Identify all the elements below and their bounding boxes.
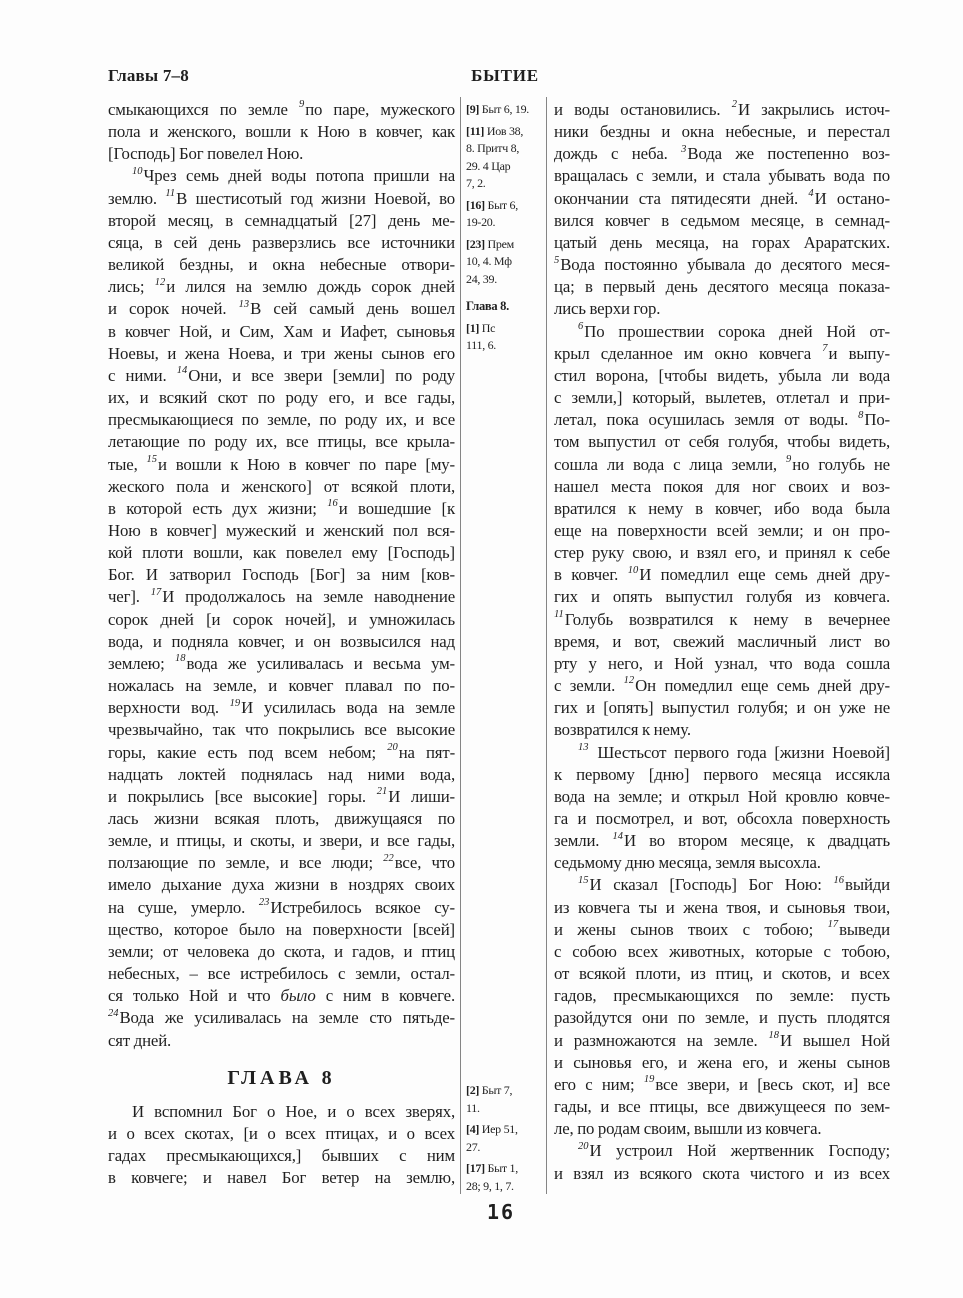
text-line: верхности вод. 19И усилилась вода на зем…	[108, 697, 455, 719]
text-line: их, и всякий скот по роду его, и все гад…	[108, 387, 455, 409]
paragraph: 10Чрез семь дней воды потопа пришли назе…	[108, 165, 455, 1051]
text-line: 24Вода же усиливалась на земле сто пятьд…	[108, 1007, 455, 1029]
reference-line: [23] Прем	[466, 236, 544, 254]
text-line: 6По прошествии сорока дней Ной от-	[554, 321, 890, 343]
text-line: 20И устроил Ной жертвенник Господу;	[554, 1140, 890, 1162]
text-line: земле, и птицы, и скоты, и звери, и все …	[108, 830, 455, 852]
verse-number: 16	[834, 875, 845, 886]
reference-line: [4] Иер 51,	[466, 1121, 544, 1139]
text-line: гадах пресмыкающихся,] бывших с ним	[108, 1145, 455, 1167]
reference-line: 24, 39.	[466, 271, 544, 289]
text-line: в ковчеге; и навел Бог ветер на землю,	[108, 1167, 455, 1189]
text-line: чрезвычайно, так что покрылись все высок…	[108, 719, 455, 741]
text-line: ле, по родам своим, вышли из ковчега.	[554, 1118, 890, 1140]
text-line: сяца, в сей день разверзлись все источни…	[108, 232, 455, 254]
italic-text: было	[281, 986, 316, 1005]
verse-number: 10	[132, 166, 143, 177]
bible-page: Главы 7–8 БЫТИЕ смыкающихся по земле 9по…	[0, 0, 963, 1298]
text-line: гады, и все птицы, все движущееся по зем…	[554, 1096, 890, 1118]
page-number: 16	[487, 1200, 515, 1224]
text-line: и жены сынов твоих с тобою; 17выведи	[554, 919, 890, 941]
text-line: великой бездны, и окна небесные отвори-	[108, 254, 455, 276]
reference-line: 19-20.	[466, 214, 544, 232]
verse-number: 4	[808, 188, 813, 199]
verse-number: 5	[554, 255, 559, 266]
text-line: стер руку свою, и взял его, и принял к с…	[554, 542, 890, 564]
reference-line: [2] Быт 7,	[466, 1082, 544, 1100]
text-line: горы, какие есть под всем небом; 20на пя…	[108, 742, 455, 764]
paragraph: 20И устроил Ной жертвенник Господу;и взя…	[554, 1140, 890, 1184]
text-line: и размножаются на земле. 18И вышел Ной	[554, 1030, 890, 1052]
text-line: гадов, пресмыкающихся по земле: пусть	[554, 985, 890, 1007]
reference-line: 7, 2.	[466, 175, 544, 193]
text-line: гих и опять выпустил голубя из ковчега.	[554, 586, 890, 608]
text-line: лись; 12и лился на землю дождь сорок дне…	[108, 276, 455, 298]
verse-number: 13	[239, 299, 250, 310]
text-line: надцать локтей поднялась над ними вода,	[108, 764, 455, 786]
text-line: время, и вот, свежий масличный лист во	[554, 631, 890, 653]
reference-entry: [17] Быт 1,28; 9, 1, 7.	[466, 1160, 544, 1195]
text-line: земли. 14И во втором месяце, к двадцать	[554, 830, 890, 852]
reference-verse-number: [1]	[466, 321, 479, 335]
text-line: [Господь] Бог повелел Ною.	[108, 143, 455, 165]
running-head-chapters: Главы 7–8	[108, 66, 189, 86]
text-line: возвратился к нему.	[554, 719, 890, 741]
text-line: и сыновья его, и жена его, и жены сынов	[554, 1052, 890, 1074]
verse-number: 14	[177, 365, 188, 376]
text-line: га и посмотрел, и вот, обсохла поверхнос…	[554, 808, 890, 830]
verse-number: 12	[624, 675, 635, 686]
text-line: тые, 15и вошли к Ною в ковчег по паре [м…	[108, 454, 455, 476]
text-line: с земли. 12Он помедлил еще семь дней дру…	[554, 675, 890, 697]
text-line: лись верхи гор.	[554, 298, 890, 320]
text-line: землю. 11В шестисотый год жизни Ноевой, …	[108, 188, 455, 210]
reference-verse-number: [11]	[466, 124, 484, 138]
verse-number: 9	[786, 454, 791, 465]
verse-number: 12	[155, 277, 166, 288]
text-line: 15И сказал [Господь] Бог Ною: 16выйди	[554, 874, 890, 896]
reference-entry: [16] Быт 6,19-20.	[466, 197, 544, 232]
text-line: вода, и подняла ковчег, и он возвысился …	[108, 631, 455, 653]
reference-entry: [11] Иов 38,8. Притч 8,29. 4 Цар7, 2.	[466, 123, 544, 193]
verse-number: 11	[554, 609, 564, 620]
text-line: гих и [опять] выпустил голубя; и он уже …	[554, 697, 890, 719]
reference-verse-number: [23]	[466, 237, 485, 251]
verse-number: 17	[828, 919, 839, 930]
cross-references-bottom-group: [2] Быт 7,11.[4] Иер 51,27.[17] Быт 1,28…	[466, 1082, 544, 1199]
reference-line: 8. Притч 8,	[466, 140, 544, 158]
verse-number: 18	[175, 653, 186, 664]
text-line: вода на земле; и открыл Ной кровлю ковче…	[554, 786, 890, 808]
text-line: вращалась с земли, и стала убывать вода …	[554, 165, 890, 187]
verse-number: 24	[108, 1008, 119, 1019]
cross-references-top-group: [9] Быт 6, 19.[11] Иов 38,8. Притч 8,29.…	[466, 101, 544, 355]
verse-number: 19	[644, 1074, 655, 1085]
reference-line: [16] Быт 6,	[466, 197, 544, 215]
verse-number: 8	[858, 410, 863, 421]
reference-line: 111, 6.	[466, 337, 544, 355]
chapter-heading: ГЛАВА 8	[108, 1067, 455, 1089]
text-line: том выпустил от себя голубя, чтобы видет…	[554, 431, 890, 453]
paragraph: И вспомнил Бог о Ное, и о всех зверях,и …	[108, 1101, 455, 1190]
text-line: лась жизни всякая плоть, движущаяся по	[108, 808, 455, 830]
reference-verse-number: [17]	[466, 1161, 485, 1175]
text-line: кой плоти вошли, как повелел ему [Господ…	[108, 542, 455, 564]
reference-entry: [2] Быт 7,11.	[466, 1082, 544, 1117]
text-line: еще на поверхности всей земли; и он про-	[554, 520, 890, 542]
text-line: и воды остановились. 2И закрылись источ-	[554, 99, 890, 121]
reference-line: [1] Пс	[466, 320, 544, 338]
text-column-left: смыкающихся по земле 9по паре, мужеского…	[108, 99, 455, 1190]
text-line: от всякой плоти, из птиц, и скотов, и вс…	[554, 963, 890, 985]
text-line: землею; 18вода же усиливалась и весьма у…	[108, 653, 455, 675]
text-line: вратился к нему в ковчег, ибо вода была	[554, 498, 890, 520]
text-line: дождь с неба. 3Вода же постепенно воз-	[554, 143, 890, 165]
text-line: ся только Ной и что было с ним в ковчеге…	[108, 985, 455, 1007]
reference-line: 11.	[466, 1100, 544, 1118]
text-line: и взял из всякого скота чистого и из все…	[554, 1163, 890, 1185]
text-line: Ною в ковчег] мужеский и женский пол вся…	[108, 520, 455, 542]
column-divider-left	[460, 97, 461, 1194]
verse-number: 3	[681, 144, 686, 155]
verse-number: 7	[822, 343, 827, 354]
reference-entry: [23] Прем10, 4. Мф24, 39.	[466, 236, 544, 289]
text-line: ца; в первый день десятого месяца показа…	[554, 276, 890, 298]
reference-line: [11] Иов 38,	[466, 123, 544, 141]
verse-number: 6	[578, 321, 583, 332]
text-line: нашел места покоя для ног своих и воз-	[554, 476, 890, 498]
verse-number: 16	[327, 498, 338, 509]
verse-number: 19	[230, 698, 241, 709]
text-line: смыкающихся по земле 9по паре, мужеского	[108, 99, 455, 121]
reference-line: Глава 8.	[466, 298, 544, 316]
paragraph: и воды остановились. 2И закрылись источ-…	[554, 99, 890, 321]
reference-line: [9] Быт 6, 19.	[466, 101, 544, 119]
verse-number: 11	[165, 188, 175, 199]
text-column-right: и воды остановились. 2И закрылись источ-…	[554, 99, 890, 1185]
text-line: 5Вода постоянно убывала до десятого меся…	[554, 254, 890, 276]
cross-references-column: [9] Быт 6, 19.[11] Иов 38,8. Притч 8,29.…	[466, 101, 544, 1221]
text-line: ползающие по земле, и все люди; 22все, ч…	[108, 852, 455, 874]
text-line: разойдутся они по земле, и пусть плодятс…	[554, 1007, 890, 1029]
text-line: ники бездны и окна небесные, и перестал	[554, 121, 890, 143]
text-line: сошла ли вода с лица земли, 9но голубь н…	[554, 454, 890, 476]
text-line: чег]. 17И продолжалось на земле наводнен…	[108, 586, 455, 608]
running-head-book-title: БЫТИЕ	[471, 66, 539, 86]
reference-line: 28; 9, 1, 7.	[466, 1178, 544, 1196]
reference-verse-number: [2]	[466, 1083, 479, 1097]
text-line: пресмыкающиеся по земле, по роду их, и в…	[108, 409, 455, 431]
reference-verse-number: [16]	[466, 198, 485, 212]
paragraph: 13 Шестьсот первого года [жизни Ноевой]к…	[554, 742, 890, 875]
text-line: второй месяц, в семнадцатый [27] день ме…	[108, 210, 455, 232]
text-line: небесных, – все истребилось с земли, ост…	[108, 963, 455, 985]
text-line: к первому [дню] первого месяца иссякла	[554, 764, 890, 786]
verse-number: 9	[299, 99, 304, 110]
text-line: окончании ста пятидесяти дней. 4И остано…	[554, 188, 890, 210]
text-line: 10Чрез семь дней воды потопа пришли на	[108, 165, 455, 187]
verse-number: 22	[383, 853, 394, 864]
text-line: и о всех скотах, [и о всех птицах, и о в…	[108, 1123, 455, 1145]
text-line: седьмому дню месяца, земля высохла.	[554, 852, 890, 874]
text-line: сят дней.	[108, 1030, 455, 1052]
reference-line: 27.	[466, 1139, 544, 1157]
text-line: сорок дней [и сорок ночей], и умножилась	[108, 609, 455, 631]
verse-number: 13	[578, 742, 589, 753]
column-divider-right	[546, 97, 547, 1194]
text-line: на суше, умерло. 23Истребилось всякое су…	[108, 897, 455, 919]
text-line: крыл сделанное им окно ковчега 7и выпу-	[554, 343, 890, 365]
reference-entry: [9] Быт 6, 19.	[466, 101, 544, 119]
verse-number: 18	[768, 1030, 779, 1041]
text-line: и покрылись [все высокие] горы. 21И лиши…	[108, 786, 455, 808]
verse-number: 20	[387, 742, 398, 753]
verse-number: 21	[377, 786, 388, 797]
text-line: с собою всех животных, которые с тобою,	[554, 941, 890, 963]
reference-entry: [4] Иер 51,27.	[466, 1121, 544, 1156]
text-line: И вспомнил Бог о Ное, и о всех зверях,	[108, 1101, 455, 1123]
text-line: его с ним; 19все звери, и [весь скот, и]…	[554, 1074, 890, 1096]
verse-number: 2	[732, 99, 737, 110]
paragraph: смыкающихся по земле 9по паре, мужеского…	[108, 99, 455, 165]
text-line: стил ворона, [чтобы видеть, убыла ли вод…	[554, 365, 890, 387]
paragraph: 15И сказал [Господь] Бог Ною: 16выйдииз …	[554, 874, 890, 1140]
text-line: 13 Шестьсот первого года [жизни Ноевой]	[554, 742, 890, 764]
text-line: в которой есть дух жизни; 16и вошедшие […	[108, 498, 455, 520]
text-line: с ними. 14Они, и все звери [земли] по ро…	[108, 365, 455, 387]
text-line: в ковчег Ной, и Сим, Хам и Иафет, сыновь…	[108, 321, 455, 343]
reference-line: 10, 4. Мф	[466, 253, 544, 271]
verse-number: 15	[147, 454, 158, 465]
text-line: с земли,] который, вылетев, отлетал и пр…	[554, 387, 890, 409]
text-line: ножалась на земле, и ковчег плавал по по…	[108, 675, 455, 697]
verse-number: 20	[578, 1141, 589, 1152]
text-line: пола и женского, вошли к Ною в ковчег, к…	[108, 121, 455, 143]
text-line: жеского пола и женского] от всякой плоти…	[108, 476, 455, 498]
text-line: 11Голубь возвратился к нему в вечернее	[554, 609, 890, 631]
text-line: щество, которое было на поверхности [все…	[108, 919, 455, 941]
verse-number: 10	[628, 565, 639, 576]
text-line: земли; от человека до скота, и гадов, и …	[108, 941, 455, 963]
reference-line: 29. 4 Цар	[466, 158, 544, 176]
reference-line: [17] Быт 1,	[466, 1160, 544, 1178]
text-line: в ковчег. 10И помедлил еще семь дней дру…	[554, 564, 890, 586]
paragraph: 6По прошествии сорока дней Ной от-крыл с…	[554, 321, 890, 742]
verse-number: 17	[151, 587, 162, 598]
text-line: Бог. И затворил Господь [Бог] за ним [ко…	[108, 564, 455, 586]
reference-verse-number: [4]	[466, 1122, 479, 1136]
reference-entry: [1] Пс111, 6.	[466, 320, 544, 355]
verse-number: 23	[259, 897, 270, 908]
text-line: имело дыхание духа жизни в ноздрях своих	[108, 874, 455, 896]
text-line: рту у него, и Ной узнал, что вода сошла	[554, 653, 890, 675]
reference-chapter-heading: Глава 8.	[466, 298, 544, 316]
text-line: Ноевы, и жена Ноева, и три жены сынов ег…	[108, 343, 455, 365]
verse-number: 14	[613, 831, 624, 842]
verse-number: 15	[578, 875, 589, 886]
text-line: и сорок ночей. 13В сей самый день вошел	[108, 298, 455, 320]
text-line: вился ковчег в седьмом месяце, в семнад-	[554, 210, 890, 232]
reference-verse-number: [9]	[466, 102, 479, 116]
text-line: цатый день месяца, на горах Араратских.	[554, 232, 890, 254]
text-line: летающие по роду их, все птицы, все крыл…	[108, 431, 455, 453]
text-line: летал, пока осушилась земля от воды. 8По…	[554, 409, 890, 431]
text-line: из ковчега ты и жена твоя, и сыновья тво…	[554, 897, 890, 919]
